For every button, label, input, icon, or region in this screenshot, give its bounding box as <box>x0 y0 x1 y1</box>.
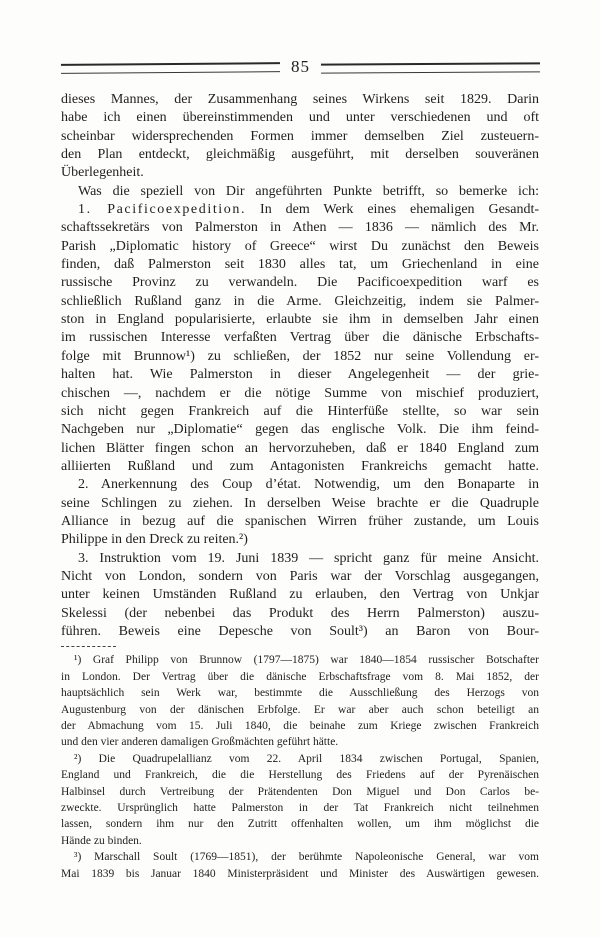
text-line: 1. Pacificoexpedition. In dem Werk eines… <box>61 201 539 219</box>
text-line: Augustenburg von der dänischen Erbfolge.… <box>61 702 539 718</box>
text-line: seine Schlingen zu ziehen. In derselben … <box>61 495 539 513</box>
text-line: der Abmachung vom 15. Juli 1840, die bei… <box>61 718 539 734</box>
text-line: Alliance in bezug auf die spanischen Wir… <box>61 513 539 531</box>
text-line: ³) Marschall Soult (1769—1851), der berü… <box>61 849 539 865</box>
text-line: Hände zu binden. <box>61 833 539 849</box>
text-line: ¹) Graf Philipp von Brunnow (1797—1875) … <box>61 652 539 668</box>
text-line: 2. Anerkennung des Coup d’état. Notwendi… <box>61 476 539 494</box>
text-line: chischen —, nachdem er die nötige Summe … <box>61 385 539 403</box>
text-line: Was die speziell von Dir angeführten Pun… <box>61 183 539 201</box>
book-page: 85 dieses Mannes, der Zusammenhang seine… <box>0 0 600 937</box>
text-line: lassen, sondern ihm nur den Zutritt offe… <box>61 816 539 832</box>
text-line: Mai 1839 bis Januar 1840 Ministerpräside… <box>61 866 539 882</box>
text-line: scheinbar widersprechenden Formen immer … <box>61 128 539 146</box>
text-line: England und Frankreich, die die Herstell… <box>61 767 539 783</box>
header-rule-right <box>321 62 540 73</box>
text-line: finden, daß Palmerston seit 1830 alles t… <box>61 256 539 274</box>
text-line: und den vier anderen damaligen Großmächt… <box>61 734 539 750</box>
text-line: Parish „Diplomatic history of Greece“ wi… <box>61 238 539 256</box>
text-line: Philippe in den Dreck zu reiten.²) <box>61 531 539 549</box>
text-line: in London. Der Vertrag über die dänische… <box>61 669 539 685</box>
text-line: unter keinen Umständen Rußland zu erlaub… <box>61 586 539 604</box>
text-line: sich nicht gegen Frankreich auf die Hint… <box>61 403 539 421</box>
footnote-separator <box>61 646 116 647</box>
text-line: Skelessi (der nebenbei das Produkt des H… <box>61 605 539 623</box>
main-text: dieses Mannes, der Zusammenhang seines W… <box>61 91 539 641</box>
text-line: ston in England popularisierte, erlaubte… <box>61 311 539 329</box>
text-line: alliierten Rußland und zum Antagonisten … <box>61 458 539 476</box>
text-line: Nicht von London, sondern von Paris war … <box>61 568 539 586</box>
text-line: zweckte. Ursprünglich hatte Palmerston i… <box>61 800 539 816</box>
text-line: folge mit Brunnow¹) zu schließen, der 18… <box>61 348 539 366</box>
footnotes: ¹) Graf Philipp von Brunnow (1797—1875) … <box>61 652 539 882</box>
text-line: Überlegenheit. <box>61 164 539 182</box>
header-rule-left <box>61 62 280 74</box>
page-content: dieses Mannes, der Zusammenhang seines W… <box>61 91 539 882</box>
text-line: den Plan entdeckt, gleichmäßig ausgeführ… <box>61 146 539 164</box>
spaced-heading: 1. Pacificoexpedition. <box>78 202 246 217</box>
text-line: ²) Die Quadrupelallianz vom 22. April 18… <box>61 751 539 767</box>
text-line: dieses Mannes, der Zusammenhang seines W… <box>61 91 539 109</box>
running-head: 85 <box>61 58 540 75</box>
text-line: führen. Beweis eine Depesche von Soult³)… <box>61 623 539 641</box>
text-line: habe ich einen übereinstimmenden und unt… <box>61 109 539 127</box>
text-line: hauptsächlich sein Werk war, bestimmte d… <box>61 685 539 701</box>
text-line: Halbinsel durch Vertreibung der Prätende… <box>61 784 539 800</box>
text-line: Nachgeben nur „Diplomatie“ gegen das eng… <box>61 421 539 439</box>
text-line: schließlich Rußland ganz in die Arme. Gl… <box>61 293 539 311</box>
text-line: russische Provinz zu verwandeln. Die Pac… <box>61 274 539 292</box>
text-line: schaftssekretärs von Palmerston in Athen… <box>61 219 539 237</box>
text-line: 3. Instruktion vom 19. Juni 1839 — spric… <box>61 550 539 568</box>
text-line: im russischen Interesse verfaßten Vertra… <box>61 329 539 347</box>
text-line: lichen Blätter fingen schon an hervorzuh… <box>61 440 539 458</box>
page-number: 85 <box>280 58 321 75</box>
text-line: halten hat. Wie Palmerston in dieser Ang… <box>61 366 539 384</box>
